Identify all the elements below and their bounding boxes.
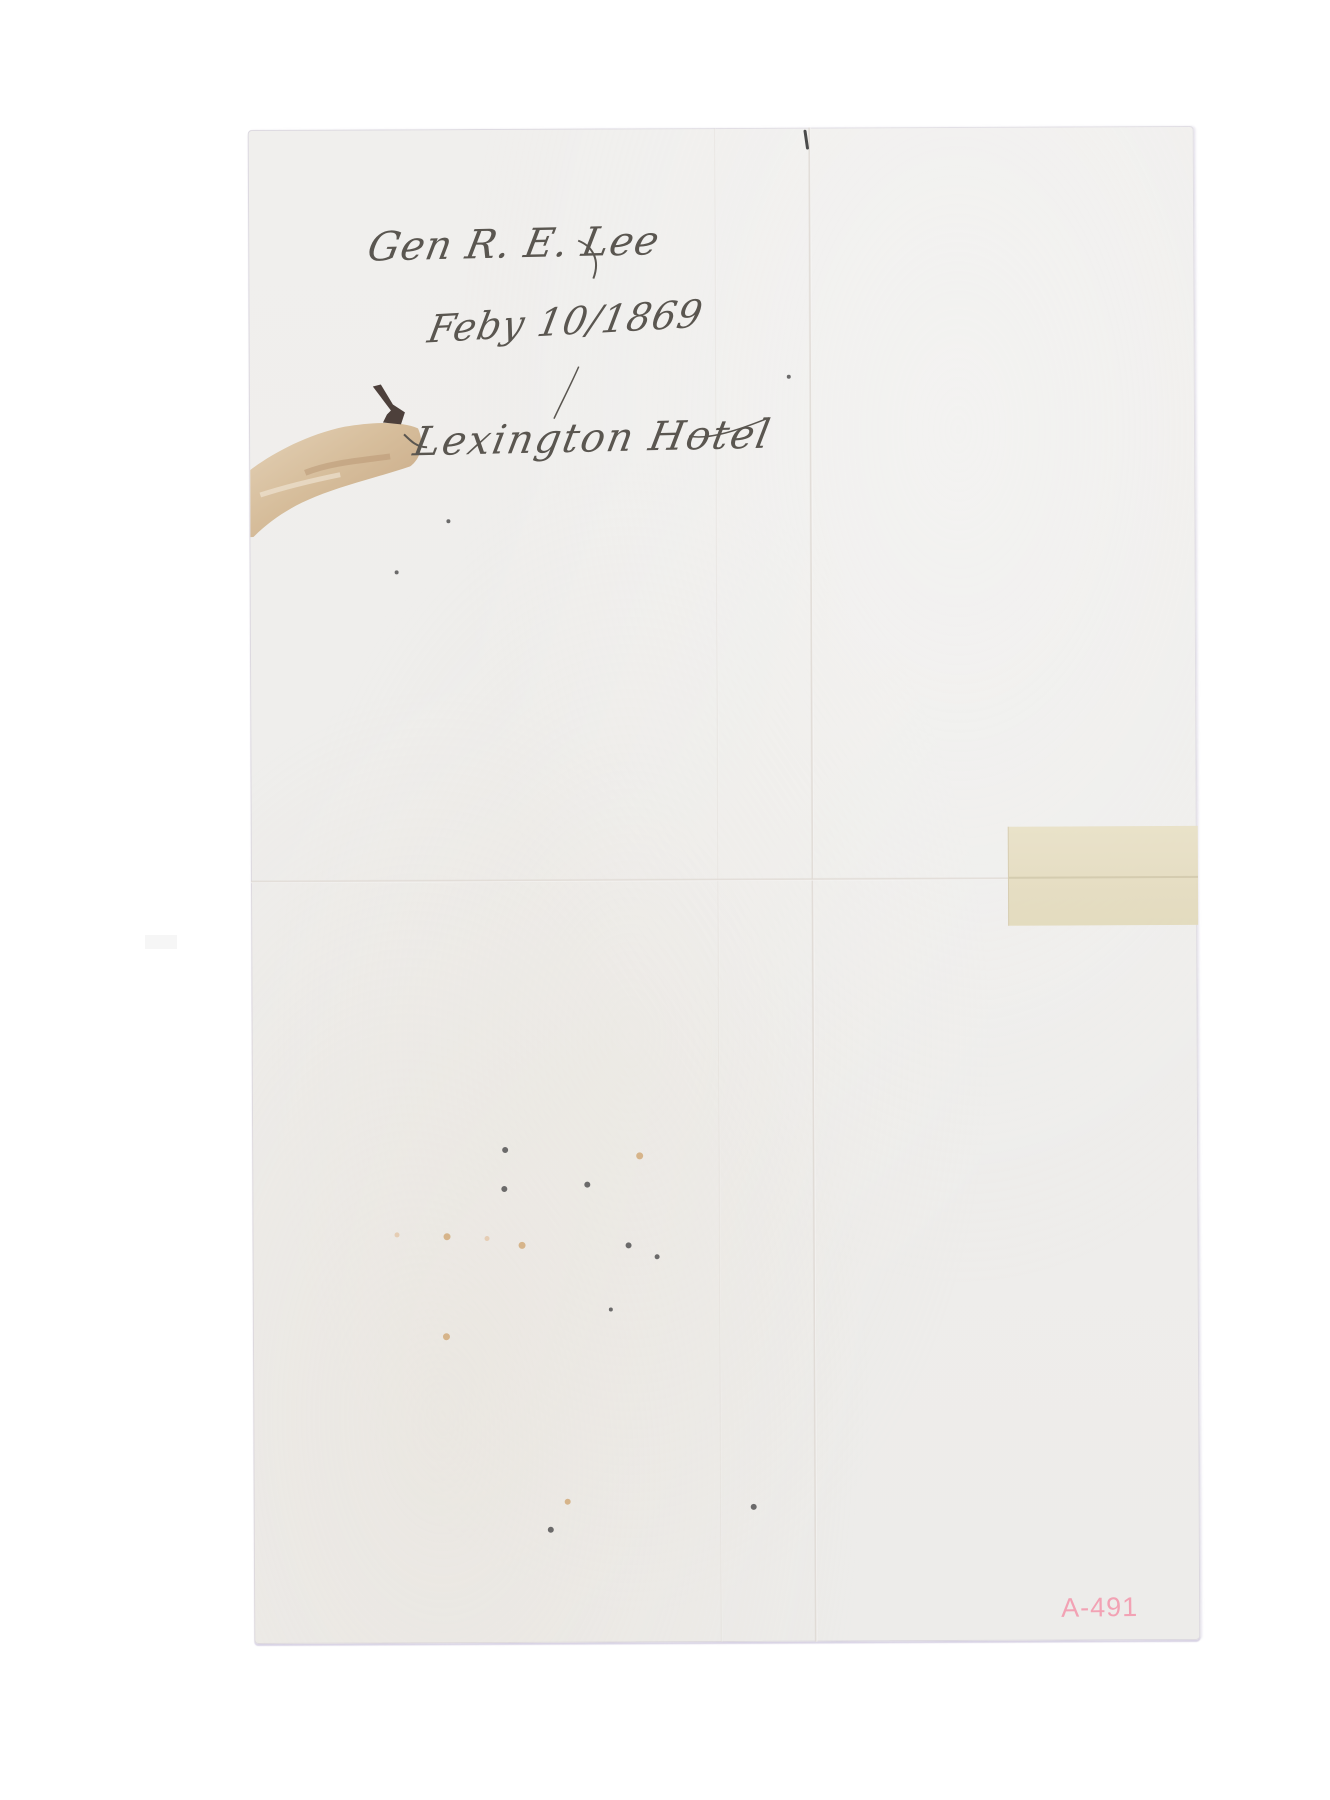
letter-sheet: Gen R. E. Lee Feby 10/1869 Lexington Hot… [248,126,1201,1644]
foxing-dot [444,1233,451,1240]
ink-speck [446,519,450,523]
foxing-dot [626,1242,632,1248]
catalog-number-label: A-491 [1061,1592,1138,1624]
foxing-dot [485,1236,490,1241]
scan-background: Gen R. E. Lee Feby 10/1869 Lexington Hot… [0,0,1330,1800]
foxing-dot [584,1182,590,1188]
foxing-dot [519,1242,526,1249]
foxing-dot [395,1232,400,1237]
foxing-dot [502,1147,508,1153]
foxing-dot [751,1504,757,1510]
handwriting-flourish [248,126,1197,730]
foxing-dot [636,1152,643,1159]
foxing-dot [609,1307,613,1311]
archival-tape [1008,826,1198,926]
ink-speck [395,570,399,574]
handwritten-notation: Gen R. E. Lee Feby 10/1869 Lexington Hot… [248,126,1197,730]
background-smudge [145,935,177,949]
foxing-dot [548,1527,554,1533]
ink-speck [787,375,791,379]
foxing-dot [565,1499,571,1505]
foxing-dot [443,1333,450,1340]
foxing-dot [501,1186,507,1192]
foxing-dot [655,1254,660,1259]
